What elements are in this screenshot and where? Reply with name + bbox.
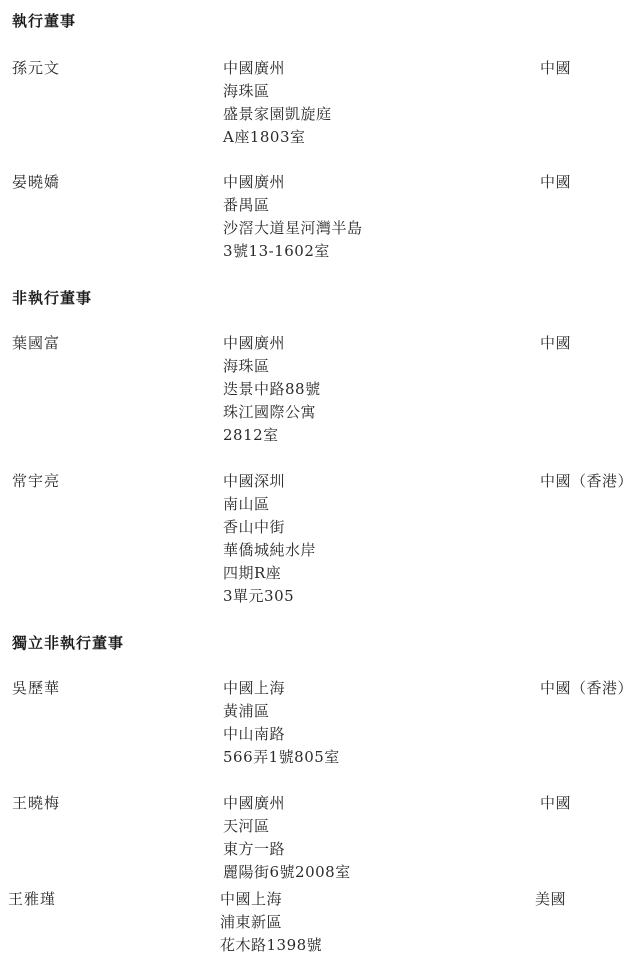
address-line: 中國廣州 bbox=[223, 57, 332, 80]
director-name: 常宇亮 bbox=[12, 470, 60, 493]
address-line: 中山南路 bbox=[223, 723, 340, 746]
address-line: 中國上海 bbox=[220, 888, 322, 911]
address-line: 香山中街 bbox=[223, 516, 316, 539]
address-line: 迭景中路88號 bbox=[223, 378, 321, 401]
director-nationality: 中國（香港） bbox=[540, 470, 633, 493]
director-nationality: 中國 bbox=[540, 792, 571, 815]
director-address: 中國上海 浦東新區 花木路1398號 bbox=[220, 888, 322, 957]
address-line: 天河區 bbox=[223, 815, 351, 838]
address-line: 東方一路 bbox=[223, 838, 351, 861]
director-name: 孫元文 bbox=[12, 57, 60, 80]
address-line: 海珠區 bbox=[223, 355, 321, 378]
address-line: 浦東新區 bbox=[220, 911, 322, 934]
address-line: 盛景家園凱旋庭 bbox=[223, 103, 332, 126]
address-line: 黃浦區 bbox=[223, 700, 340, 723]
director-address: 中國深圳 南山區 香山中街 華僑城純水岸 四期R座 3單元305 bbox=[223, 470, 316, 608]
address-line: 沙滘大道星河灣半島 bbox=[223, 217, 363, 240]
address-line: 麗陽街6號2008室 bbox=[223, 861, 351, 884]
director-name: 王雅瑾 bbox=[8, 888, 56, 911]
address-line: A座1803室 bbox=[223, 126, 332, 149]
director-nationality: 中國 bbox=[540, 332, 571, 355]
address-line: 566弄1號805室 bbox=[223, 746, 340, 769]
director-address: 中國廣州 天河區 東方一路 麗陽街6號2008室 bbox=[223, 792, 351, 884]
director-nationality: 中國 bbox=[540, 57, 571, 80]
director-address: 中國廣州 番禺區 沙滘大道星河灣半島 3號13-1602室 bbox=[223, 171, 363, 263]
address-line: 花木路1398號 bbox=[220, 934, 322, 957]
director-address: 中國廣州 海珠區 迭景中路88號 珠江國際公寓 2812室 bbox=[223, 332, 321, 447]
section-heading-independent-non-executive-directors: 獨立非執行董事 bbox=[12, 632, 124, 653]
director-name: 葉國富 bbox=[12, 332, 60, 355]
address-line: 番禺區 bbox=[223, 194, 363, 217]
director-nationality: 中國 bbox=[540, 171, 571, 194]
address-line: 中國廣州 bbox=[223, 332, 321, 355]
address-line: 珠江國際公寓 bbox=[223, 401, 321, 424]
director-name: 王曉梅 bbox=[12, 792, 60, 815]
address-line: 中國廣州 bbox=[223, 792, 351, 815]
director-nationality: 美國 bbox=[535, 888, 566, 911]
address-line: 3號13-1602室 bbox=[223, 240, 363, 263]
address-line: 南山區 bbox=[223, 493, 316, 516]
address-line: 海珠區 bbox=[223, 80, 332, 103]
director-name: 晏曉嬌 bbox=[12, 171, 60, 194]
director-address: 中國廣州 海珠區 盛景家園凱旋庭 A座1803室 bbox=[223, 57, 332, 149]
address-line: 3單元305 bbox=[223, 585, 316, 608]
address-line: 華僑城純水岸 bbox=[223, 539, 316, 562]
address-line: 中國上海 bbox=[223, 677, 340, 700]
address-line: 2812室 bbox=[223, 424, 321, 447]
address-line: 中國廣州 bbox=[223, 171, 363, 194]
director-name: 吳歷華 bbox=[12, 677, 60, 700]
director-nationality: 中國（香港） bbox=[540, 677, 633, 700]
address-line: 中國深圳 bbox=[223, 470, 316, 493]
director-address: 中國上海 黃浦區 中山南路 566弄1號805室 bbox=[223, 677, 340, 769]
address-line: 四期R座 bbox=[223, 562, 316, 585]
section-heading-executive-directors: 執行董事 bbox=[12, 10, 76, 31]
section-heading-non-executive-directors: 非執行董事 bbox=[12, 287, 92, 308]
